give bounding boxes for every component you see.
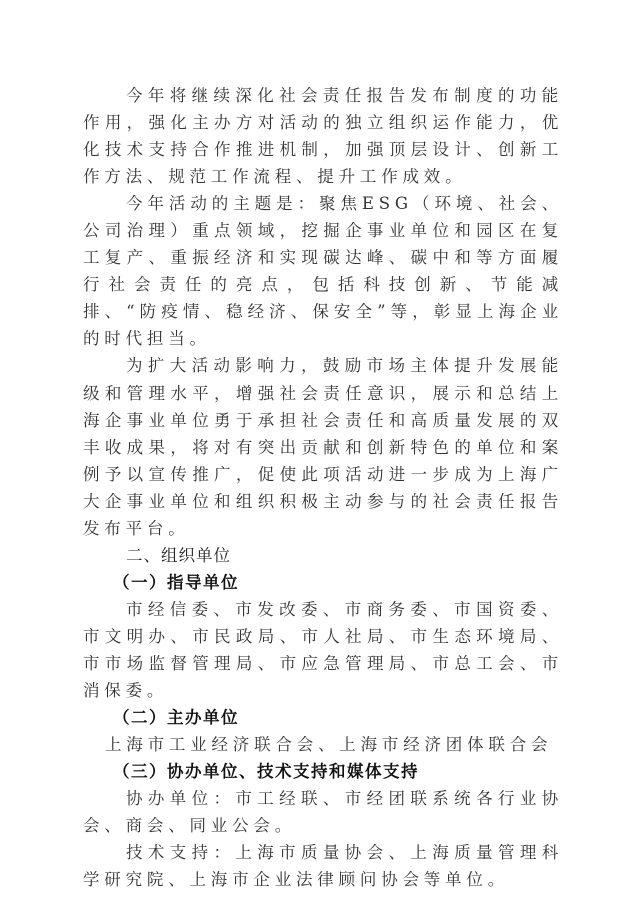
subheading-guiding-units: （一）指导单位: [83, 569, 563, 596]
paragraph-influence: 为扩大活动影响力，鼓励市场主体提升发展能级和管理水平，增强社会责任意识，展示和总…: [83, 352, 563, 541]
paragraph-guiding-units: 市经信委、市发改委、市商务委、市国资委、市文明办、市民政局、市人社局、市生态环境…: [83, 596, 563, 704]
paragraph-intro: 今年将继续深化社会责任报告发布制度的功能作用，强化主办方对活动的独立组织运作能力…: [83, 82, 563, 190]
subheading-co-organizers: （三）协办单位、技术支持和媒体支持: [83, 758, 563, 785]
paragraph-theme: 今年活动的主题是：聚焦ESG（环境、社会、公司治理）重点领域，挖掘企事业单位和园…: [83, 190, 563, 352]
document-page: 今年将继续深化社会责任报告发布制度的功能作用，强化主办方对活动的独立组织运作能力…: [83, 82, 563, 893]
paragraph-co-organizers: 协办单位：市工经联、市经团联系统各行业协会、商会、同业公会。: [83, 785, 563, 839]
subheading-host-units: （二）主办单位: [83, 704, 563, 731]
paragraph-tech-support: 技术支持：上海市质量协会、上海质量管理科学研究院、上海市企业法律顾问协会等单位。: [83, 839, 563, 893]
section-heading-organizers: 二、组织单位: [83, 542, 563, 569]
paragraph-host-units: 上海市工业经济联合会、上海市经济团体联合会: [83, 731, 563, 758]
